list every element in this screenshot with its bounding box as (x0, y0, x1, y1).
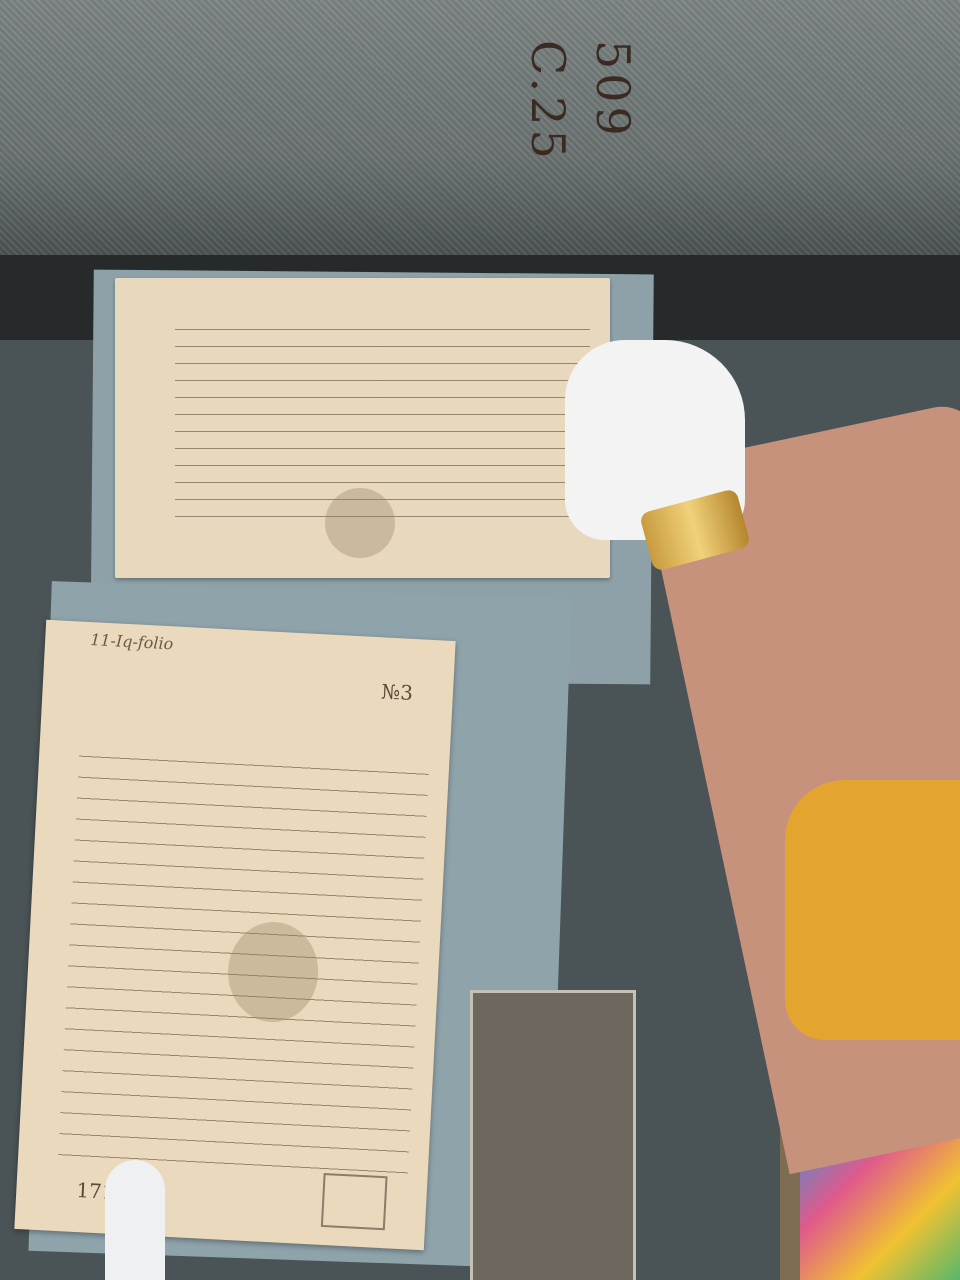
lower-manuscript: 11-Iq-folio №3 1710 (14, 620, 455, 1251)
white-glove-thumb (105, 1160, 165, 1280)
folio-note: 11-Iq-folio (90, 630, 174, 653)
framed-photograph (470, 990, 636, 1280)
yellow-sleeve (785, 780, 960, 1040)
stamp-icon (321, 1173, 388, 1230)
handwriting-lines (175, 318, 590, 518)
chalk-marking-1: C.25 (521, 40, 575, 163)
upper-manuscript (115, 278, 610, 578)
chalk-marking-2: 509 (586, 40, 640, 140)
metal-cabinet (0, 0, 960, 260)
seal-icon (325, 488, 395, 558)
document-number: №3 (381, 679, 414, 705)
